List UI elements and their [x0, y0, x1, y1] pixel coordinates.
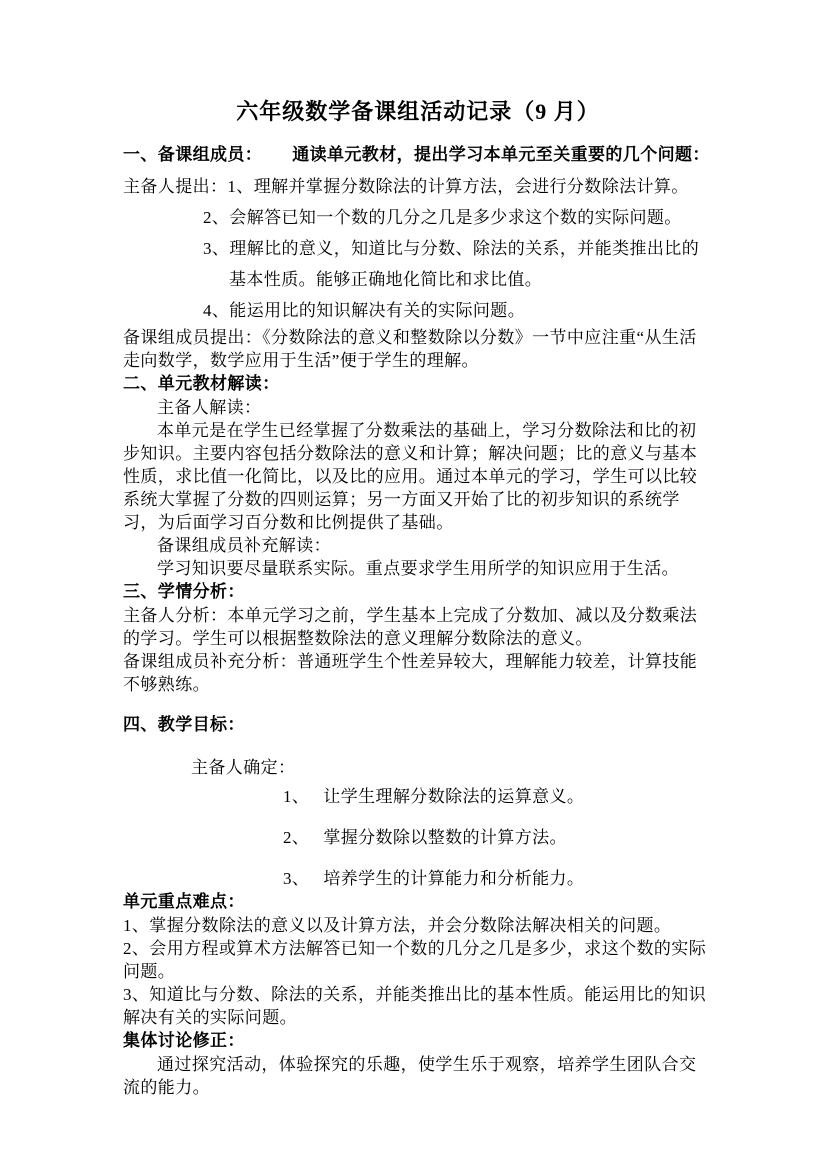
section3-body2: 备课组成员补充分析：普通班学生个性差异较大，理解能力较差，计算技能不够熟练。 — [123, 650, 713, 696]
goal-number: 1、 — [283, 787, 309, 806]
goal-text: 掌握分数除以整数的计算方法。 — [323, 828, 567, 847]
section1-note: 备课组成员提出：《分数除法的意义和整数除以分数》一节中应注重“从生活走向数学，数… — [123, 326, 713, 372]
section4-lead: 主备人确定： — [123, 756, 713, 779]
section5-heading: 单元重点难点： — [123, 890, 713, 914]
section4-goal-2: 2、掌握分数除以整数的计算方法。 — [283, 826, 713, 849]
section6-body: 通过探究活动，体验探究的乐趣，使学生乐于观察，培养学生团队合交流的能力。 — [123, 1053, 713, 1099]
goal-text: 培养学生的计算能力和分析能力。 — [323, 869, 584, 888]
section5-item-3: 3、知道比与分数、除法的关系，并能类推出比的基本性质。能运用比的知识解决有关的实… — [123, 983, 713, 1029]
section5-item-1: 1、掌握分数除法的意义以及计算方法，并会分数除法解决相关的问题。 — [123, 914, 713, 937]
section1-lead-line: 主备人提出：1、理解并掌握分数除法的计算方法，会进行分数除法计算。 — [123, 171, 713, 202]
section2-heading: 二、单元教材解读： — [123, 372, 713, 396]
section4-goal-1: 1、让学生理解分数除法的运算意义。 — [283, 785, 713, 808]
section4-heading: 四、教学目标： — [123, 713, 713, 737]
section3-heading: 三、学情分析： — [123, 580, 713, 604]
section2-lead2: 备课组成员补充解读： — [123, 534, 713, 557]
section4-goal-3: 3、培养学生的计算能力和分析能力。 — [283, 867, 713, 890]
goal-text: 让学生理解分数除法的运算意义。 — [323, 787, 584, 806]
section2-lead: 主备人解读： — [123, 396, 713, 419]
goal-number: 2、 — [283, 828, 309, 847]
section6-heading: 集体讨论修正： — [123, 1029, 713, 1053]
section1-heading-rest: 通读单元教材，提出学习本单元至关重要的几个问题： — [292, 145, 710, 164]
section3-body1: 主备人分析：本单元学习之前，学生基本上完成了分数加、减以及分数乘法的学习。学生可… — [123, 604, 713, 650]
document-page: 六年级数学备课组活动记录（9 月） 一、备课组成员：通读单元教材，提出学习本单元… — [0, 0, 827, 1170]
section1-heading: 一、备课组成员：通读单元教材，提出学习本单元至关重要的几个问题： — [123, 143, 713, 167]
document-title: 六年级数学备课组活动记录（9 月） — [123, 97, 713, 127]
section5-item-2: 2、会用方程或算术方法解答已知一个数的几分之几是多少，求这个数的实际问题。 — [123, 937, 713, 983]
section1-item-2: 2、会解答已知一个数的几分之几是多少求这个数的实际问题。 — [203, 202, 713, 233]
goal-number: 3、 — [283, 869, 309, 888]
section2-body2: 学习知识要尽量联系实际。重点要求学生用所学的知识应用于生活。 — [123, 557, 713, 580]
section1-item-3: 3、理解比的意义，知道比与分数、除法的关系，并能类推出比的基本性质。能够正确地化… — [203, 233, 713, 295]
section2-body: 本单元是在学生已经掌握了分数乘法的基础上，学习分数除法和比的初步知识。主要内容包… — [123, 419, 713, 534]
section1-item-4: 4、能运用比的知识解决有关的实际问题。 — [203, 295, 713, 326]
section1-heading-label: 一、备课组成员： — [123, 145, 262, 164]
